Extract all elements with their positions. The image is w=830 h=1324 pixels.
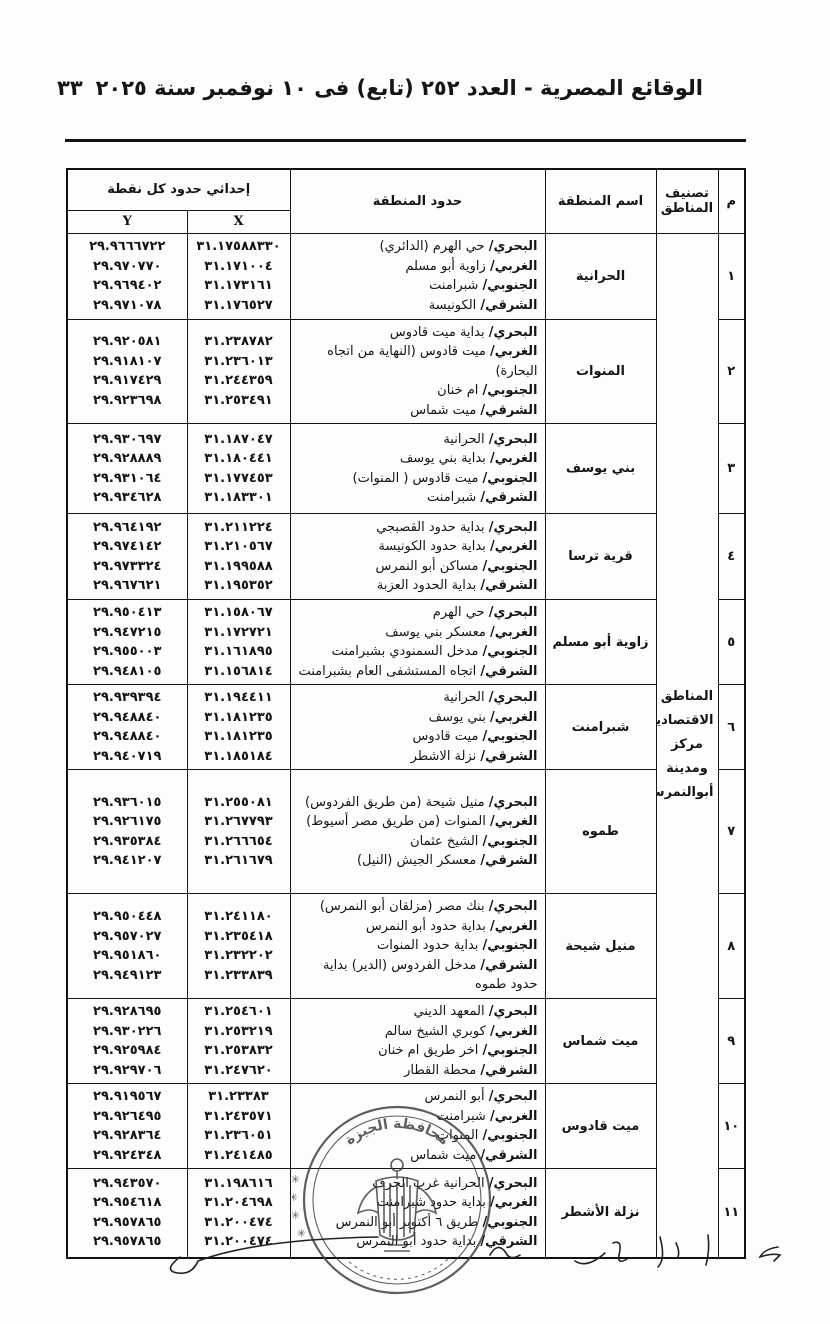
y-coordinate: ٢٩.٩٣٠٢٢٦: [68, 1022, 187, 1042]
boundary-line: البحري/ الحرانية: [298, 688, 538, 708]
y-values-cell: ٢٩.٩٣٠٦٩٧٢٩.٩٢٨٨٨٩٢٩.٩٣١٠٦٤٢٩.٩٣٤٦٢٨: [67, 424, 187, 514]
header-row-1: م تصنيف المناطق اسم المنطقة حدود المنطقة…: [67, 169, 745, 210]
x-coordinate: ٣١.١٧٣١٦١: [188, 276, 290, 296]
row-index-cell: ٥: [718, 600, 745, 685]
y-coordinate: ٢٩.٩٢٦١٧٥: [68, 812, 187, 832]
y-coordinate: ٢٩.٩٤٣٥٧٠: [68, 1174, 187, 1194]
area-name-cell: نزلة الأشطر: [545, 1169, 656, 1258]
boundary-line: الجنوبي/ ام خنان: [298, 381, 538, 401]
area-name-cell: الحرانية: [545, 233, 656, 319]
x-coordinate: ٣١.١٧٦٥٢٧: [188, 296, 290, 316]
y-coordinate: ٢٩.٩٤٨٨٤٠: [68, 708, 187, 728]
boundary-line: البحري/ بداية حدود القصبجي: [298, 518, 538, 538]
x-coordinate: ٣١.١٨١٢٣٥: [188, 708, 290, 728]
boundary-line: الغربي/ المنوات (من طريق مصر أسيوط): [298, 812, 538, 832]
boundary-line: الغربي/ بداية حدود أبو النمرس: [298, 917, 538, 937]
y-values-cell: ٢٩.٩٦٦٦٧٢٢٢٩.٩٧٠٧٧٠٢٩.٩٦٩٤٠٢٢٩.٩٧١٠٧٨: [67, 233, 187, 319]
boundaries-cell: البحري/ منيل شيحة (من طريق الفردوس)الغرب…: [290, 770, 545, 894]
x-values-cell: ٣١.١٧٥٨٨٣٣٠٣١.١٧١٠٠٤٣١.١٧٣١٦١٣١.١٧٦٥٢٧: [187, 233, 290, 319]
x-values-cell: ٣١.٢٥٥٠٨١٣١.٢٦٧٧٩٣٣١.٢٦٦٦٥٤٣١.٢٦١٦٧٩: [187, 770, 290, 894]
y-coordinate: ٢٩.٩٢٤٣٤٨: [68, 1146, 187, 1166]
y-coordinate: ٢٩.٩٤٧٢١٥: [68, 623, 187, 643]
x-coordinate: ٣١.١٨٥١٨٤: [188, 747, 290, 767]
y-coordinate: ٢٩.٩٥٧٨٦٥: [68, 1232, 187, 1252]
y-coordinate: ٢٩.٩٥٤٦١٨: [68, 1193, 187, 1213]
x-coordinate: ٣١.١٨٣٣٠١: [188, 488, 290, 508]
y-coordinate: ٢٩.٩٥٠٤٤٨: [68, 907, 187, 927]
y-coordinate: ٢٩.٩٣٩٣٩٤: [68, 688, 187, 708]
x-values-cell: ٣١.١٥٨٠٦٧٣١.١٧٢٧٢١٣١.١٦١٨٩٥٣١.١٥٦٨١٤: [187, 600, 290, 685]
x-coordinate: ٣١.١٦١٨٩٥: [188, 642, 290, 662]
y-values-cell: ٢٩.٩٣٦٠١٥٢٩.٩٢٦١٧٥٢٩.٩٣٥٣٨٤٢٩.٩٤١٢٠٧: [67, 770, 187, 894]
y-coordinate: ٢٩.٩٥٠٤١٣: [68, 603, 187, 623]
row-index-cell: ٩: [718, 999, 745, 1084]
boundaries-cell: البحري/ حي الهرمالغربي/ معسكر بني يوسفال…: [290, 600, 545, 685]
header-rule: [65, 139, 746, 142]
area-name-cell: منيل شيحة: [545, 894, 656, 999]
area-name-cell: ميت شماس: [545, 999, 656, 1084]
boundary-line: الغربي/ بني يوسف: [298, 708, 538, 728]
x-coordinate: ٣١.٢١٠٥٦٧: [188, 537, 290, 557]
row-index-cell: ١١: [718, 1169, 745, 1258]
col-header-boundaries: حدود المنطقة: [290, 169, 545, 233]
area-name-cell: طموه: [545, 770, 656, 894]
boundary-line: الجنوبي/ المنوات: [298, 1126, 538, 1146]
x-coordinate: ٣١.٢٦١٦٧٩: [188, 851, 290, 871]
y-coordinate: ٢٩.٩٣٠٦٩٧: [68, 430, 187, 450]
y-coordinate: ٢٩.٩١٩٥٦٧: [68, 1087, 187, 1107]
x-coordinate: ٣١.١٧١٠٠٤: [188, 257, 290, 277]
y-values-cell: ٢٩.٩٢٨٦٩٥٢٩.٩٣٠٢٢٦٢٩.٩٢٥٩٨٤٢٩.٩٢٩٧٠٦: [67, 999, 187, 1084]
x-coordinate: ٣١.٢٤١٤٨٥: [188, 1146, 290, 1166]
x-coordinate: ٣١.١٥٨٠٦٧: [188, 603, 290, 623]
boundaries-cell: البحري/ حي الهرم (الدائري)الغربي/ زاوية …: [290, 233, 545, 319]
y-coordinate: ٢٩.٩١٧٤٢٩: [68, 371, 187, 391]
table-header: م تصنيف المناطق اسم المنطقة حدود المنطقة…: [67, 169, 745, 233]
y-values-cell: ٢٩.٩٦٤١٩٢٢٩.٩٧٤١٤٢٢٩.٩٧٣٣٢٤٢٩.٩٦٧٦٢١: [67, 514, 187, 600]
y-values-cell: ٢٩.٩٤٣٥٧٠٢٩.٩٥٤٦١٨٢٩.٩٥٧٨٦٥٢٩.٩٥٧٨٦٥: [67, 1169, 187, 1258]
x-coordinate: ٣١.١٩٥٣٥٢: [188, 576, 290, 596]
boundary-line: البحري/ الحرانية غرب الجرف: [298, 1174, 538, 1194]
x-values-cell: ٣١.٢١١٢٢٤٣١.٢١٠٥٦٧٣١.١٩٩٥٨٨٣١.١٩٥٣٥٢: [187, 514, 290, 600]
y-coordinate: ٢٩.٩٧٤١٤٢: [68, 537, 187, 557]
x-coordinate: ٣١.٢٥٥٠٨١: [188, 793, 290, 813]
boundary-line: الجنوبي/ مساكن أبو النمرس: [298, 557, 538, 577]
boundary-line: الغربي/ شبرامنت: [298, 1107, 538, 1127]
table-row: ١١نزلة الأشطرالبحري/ الحرانية غرب الجرفا…: [67, 1169, 745, 1258]
boundary-line: الجنوبي/ شبرامنت: [298, 276, 538, 296]
x-values-cell: ٣١.٢٣٣٨٣٣١.٢٤٣٥٧١٣١.٢٣٦٠٥١٣١.٢٤١٤٨٥: [187, 1084, 290, 1169]
y-coordinate: ٢٩.٩٢٦٤٩٥: [68, 1107, 187, 1127]
x-coordinate: ٣١.٢٦٧٧٩٣: [188, 812, 290, 832]
y-coordinate: ٢٩.٩٥٧٠٢٧: [68, 927, 187, 947]
col-header-classification: تصنيف المناطق: [656, 169, 718, 233]
x-coordinate: ٣١.١٩٩٥٨٨: [188, 557, 290, 577]
row-index-cell: ٧: [718, 770, 745, 894]
y-coordinate: ٢٩.٩٧٣٣٢٤: [68, 557, 187, 577]
x-coordinate: ٣١.٢٥٣٤٩١: [188, 391, 290, 411]
boundary-line: البحري/ منيل شيحة (من طريق الفردوس): [298, 793, 538, 813]
boundary-line: الجنوبي/ ميت قادوس: [298, 727, 538, 747]
boundary-line: الغربي/ زاوية أبو مسلم: [298, 257, 538, 277]
x-values-cell: ٣١.٢٣٨٧٨٢٣١.٢٣٦٠١٣٣١.٢٤٤٣٥٩٣١.٢٥٣٤٩١: [187, 319, 290, 424]
boundary-line: الشرقي/ محطة القطار: [298, 1061, 538, 1081]
x-values-cell: ٣١.٢٤١١٨٠٣١.٢٣٥٤١٨٣١.٢٣٢٢٠٢٣١.٢٣٣٨٣٩: [187, 894, 290, 999]
boundaries-cell: البحري/ المعهد الدينيالغربي/ كوبري الشيخ…: [290, 999, 545, 1084]
boundary-line: الشرقي/ شبرامنت: [298, 488, 538, 508]
y-coordinate: ٢٩.٩٤٨٨٤٠: [68, 727, 187, 747]
y-coordinate: ٢٩.٩١٨١٠٧: [68, 352, 187, 372]
x-coordinate: ٣١.٢٠٠٤٧٤: [188, 1213, 290, 1233]
boundary-line: الشرقي/ نزلة الاشطر: [298, 747, 538, 767]
table-row: ٩ميت شماسالبحري/ المعهد الدينيالغربي/ كو…: [67, 999, 745, 1084]
boundary-line: الجنوبي/ اخر طريق ام خنان: [298, 1041, 538, 1061]
y-coordinate: ٢٩.٩٧١٠٧٨: [68, 296, 187, 316]
table-row: ٥زاوية أبو مسلمالبحري/ حي الهرمالغربي/ م…: [67, 600, 745, 685]
y-values-cell: ٢٩.٩٣٩٣٩٤٢٩.٩٤٨٨٤٠٢٩.٩٤٨٨٤٠٢٩.٩٤٠٧١٩: [67, 685, 187, 770]
table-row: ٤قرية ترساالبحري/ بداية حدود القصبجيالغر…: [67, 514, 745, 600]
area-name-cell: شبرامنت: [545, 685, 656, 770]
boundary-line: الشرقي/ الكونيسة: [298, 296, 538, 316]
boundary-line: البحري/ حي الهرم (الدائري): [298, 237, 538, 257]
page-number: ٣٣: [57, 76, 83, 100]
col-header-x: X: [187, 210, 290, 233]
row-index-cell: ٤: [718, 514, 745, 600]
y-coordinate: ٢٩.٩٦٩٤٠٢: [68, 276, 187, 296]
y-coordinate: ٢٩.٩٢٩٧٠٦: [68, 1061, 187, 1081]
table-body: ١المناطق الاقتصادية مركز ومدينة أبوالنمر…: [67, 233, 745, 1258]
x-coordinate: ٣١.١٧٧٤٥٣: [188, 469, 290, 489]
x-coordinate: ٣١.١٩٤٤١١: [188, 688, 290, 708]
y-values-cell: ٢٩.٩٥٠٤٤٨٢٩.٩٥٧٠٢٧٢٩.٩٥١٨٦٠٢٩.٩٤٩١٢٣: [67, 894, 187, 999]
x-values-cell: ٣١.٢٥٤٦٠١٣١.٢٥٣٢١٩٣١.٢٥٣٨٣٢٣١.٢٤٧٦٢٠: [187, 999, 290, 1084]
x-coordinate: ٣١.٢٠٤٦٩٨: [188, 1193, 290, 1213]
y-coordinate: ٢٩.٩٥١٨٦٠: [68, 946, 187, 966]
y-coordinate: ٢٩.٩٢٥٩٨٤: [68, 1041, 187, 1061]
boundaries-cell: البحري/ بداية حدود القصبجيالغربي/ بداية …: [290, 514, 545, 600]
col-header-index: م: [718, 169, 745, 233]
table-row: ١المناطق الاقتصادية مركز ومدينة أبوالنمر…: [67, 233, 745, 319]
boundary-line: الشرقي/ معسكر الجيش (النيل): [298, 851, 538, 871]
gazette-page: { "page": { "header_title": "الوقائع الم…: [0, 0, 830, 1324]
y-coordinate: ٢٩.٩٤٠٧١٩: [68, 747, 187, 767]
row-index-cell: ٢: [718, 319, 745, 424]
y-coordinate: ٢٩.٩٣١٠٦٤: [68, 469, 187, 489]
y-coordinate: ٢٩.٩٤٩١٢٣: [68, 966, 187, 986]
x-coordinate: ٣١.٢٣٥٤١٨: [188, 927, 290, 947]
y-coordinate: ٢٩.٩٢٨٣٦٤: [68, 1126, 187, 1146]
x-coordinate: ٣١.٢٥٤٦٠١: [188, 1002, 290, 1022]
x-coordinate: ٣١.٢٤٣٥٧١: [188, 1107, 290, 1127]
x-coordinate: ٣١.١٨١٢٣٥: [188, 727, 290, 747]
boundary-line: البحري/ حي الهرم: [298, 603, 538, 623]
x-coordinate: ٣١.١٧٢٧٢١: [188, 623, 290, 643]
col-header-area-name: اسم المنطقة: [545, 169, 656, 233]
classification-cell: المناطق الاقتصادية مركز ومدينة أبوالنمرس: [656, 233, 718, 1258]
boundaries-cell: البحري/ الحرانية غرب الجرفالغربي/ بداية …: [290, 1169, 545, 1258]
x-coordinate: ٣١.١٨٠٤٤١: [188, 449, 290, 469]
area-name-cell: بني يوسف: [545, 424, 656, 514]
boundary-line: الغربي/ بداية بني يوسف: [298, 449, 538, 469]
row-index-cell: ١: [718, 233, 745, 319]
x-coordinate: ٣١.١٥٦٨١٤: [188, 662, 290, 682]
x-coordinate: ٣١.١٧٥٨٨٣٣٠: [188, 237, 290, 257]
table-row: ٢المنواتالبحري/ بداية ميت قادوسالغربي/ م…: [67, 319, 745, 424]
x-coordinate: ٣١.٢٣٢٢٠٢: [188, 946, 290, 966]
area-name-cell: ميت قادوس: [545, 1084, 656, 1169]
boundary-line: الشرقي/ اتجاه المستشفى العام بشبرامنت: [298, 662, 538, 682]
y-values-cell: ٢٩.٩٢٠٥٨١٢٩.٩١٨١٠٧٢٩.٩١٧٤٢٩٢٩.٩٢٣٦٩٨: [67, 319, 187, 424]
areas-table: م تصنيف المناطق اسم المنطقة حدود المنطقة…: [66, 168, 746, 1259]
x-coordinate: ٣١.٢٤١١٨٠: [188, 907, 290, 927]
boundaries-cell: البحري/ بداية ميت قادوسالغربي/ ميت قادوس…: [290, 319, 545, 424]
row-index-cell: ١٠: [718, 1084, 745, 1169]
boundary-line: الشرقي/ بداية الحدود العزبة: [298, 576, 538, 596]
boundary-line: الغربي/ كوبري الشيخ سالم: [298, 1022, 538, 1042]
x-coordinate: ٣١.٢٣٣٨٣: [188, 1087, 290, 1107]
row-index-cell: ٣: [718, 424, 745, 514]
x-coordinate: ٣١.٢١١٢٢٤: [188, 518, 290, 538]
x-coordinate: ٣١.٢٦٦٦٥٤: [188, 832, 290, 852]
y-coordinate: ٢٩.٩٤١٢٠٧: [68, 851, 187, 871]
x-values-cell: ٣١.١٩٨٦١٦٣١.٢٠٤٦٩٨٣١.٢٠٠٤٧٤٣١.٢٠٠٤٧٤: [187, 1169, 290, 1258]
table-row: ٧طموهالبحري/ منيل شيحة (من طريق الفردوس)…: [67, 770, 745, 894]
y-coordinate: ٢٩.٩٥٧٨٦٥: [68, 1213, 187, 1233]
x-coordinate: ٣١.١٨٧٠٤٧: [188, 430, 290, 450]
y-values-cell: ٢٩.٩١٩٥٦٧٢٩.٩٢٦٤٩٥٢٩.٩٢٨٣٦٤٢٩.٩٢٤٣٤٨: [67, 1084, 187, 1169]
table-row: ٨منيل شيحةالبحري/ بنك مصر (مزلقان أبو ال…: [67, 894, 745, 999]
x-values-cell: ٣١.١٨٧٠٤٧٣١.١٨٠٤٤١٣١.١٧٧٤٥٣٣١.١٨٣٣٠١: [187, 424, 290, 514]
boundary-line: الشرقي/ ميت شماس: [298, 1146, 538, 1166]
col-header-coords-group: إحداثي حدود كل نقطة: [67, 169, 290, 210]
page-header: الوقائع المصرية - العدد ٢٥٢ (تابع) فى ١٠…: [57, 76, 703, 100]
area-name-cell: المنوات: [545, 319, 656, 424]
table-row: ١٠ميت قادوسالبحري/ أبو النمرسالغربي/ شبر…: [67, 1084, 745, 1169]
boundary-line: الغربي/ ميت قادوس (النهاية من اتجاه البح…: [298, 342, 538, 381]
row-index-cell: ٨: [718, 894, 745, 999]
y-coordinate: ٢٩.٩٦٦٦٧٢٢: [68, 237, 187, 257]
y-coordinate: ٢٩.٩٦٤١٩٢: [68, 518, 187, 538]
y-coordinate: ٢٩.٩٣٦٠١٥: [68, 793, 187, 813]
boundary-line: البحري/ الحرانية: [298, 430, 538, 450]
y-coordinate: ٢٩.٩٤٨١٠٥: [68, 662, 187, 682]
table-row: ٦شبرامنتالبحري/ الحرانيةالغربي/ بني يوسف…: [67, 685, 745, 770]
y-coordinate: ٢٩.٩٥٥٠٠٣: [68, 642, 187, 662]
y-coordinate: ٢٩.٩٢٣٦٩٨: [68, 391, 187, 411]
x-coordinate: ٣١.٢٣٦٠١٣: [188, 352, 290, 372]
boundary-line: البحري/ بداية ميت قادوس: [298, 323, 538, 343]
boundary-line: الغربي/ بداية حدود الكونيسة: [298, 537, 538, 557]
x-values-cell: ٣١.١٩٤٤١١٣١.١٨١٢٣٥٣١.١٨١٢٣٥٣١.١٨٥١٨٤: [187, 685, 290, 770]
table-row: ٣بني يوسفالبحري/ الحرانيةالغربي/ بداية ب…: [67, 424, 745, 514]
x-coordinate: ٣١.٢٤٤٣٥٩: [188, 371, 290, 391]
boundary-line: الجنوبي/ طريق ٦ أكتوبر أبو النمرس: [298, 1213, 538, 1233]
boundaries-cell: البحري/ الحرانيةالغربي/ بني يوسفالجنوبي/…: [290, 685, 545, 770]
x-coordinate: ٣١.٢٣٦٠٥١: [188, 1126, 290, 1146]
boundary-line: الجنوبي/ ميت قادوس ( المنوات): [298, 469, 538, 489]
areas-table-wrap: م تصنيف المناطق اسم المنطقة حدود المنطقة…: [68, 168, 746, 1259]
x-coordinate: ٣١.٢٤٧٦٢٠: [188, 1061, 290, 1081]
row-index-cell: ٦: [718, 685, 745, 770]
x-coordinate: ٣١.٢٠٠٤٧٤: [188, 1232, 290, 1252]
x-coordinate: ٣١.٢٥٣٨٣٢: [188, 1041, 290, 1061]
x-coordinate: ٣١.٢٣٨٧٨٢: [188, 332, 290, 352]
gazette-title: الوقائع المصرية - العدد ٢٥٢ (تابع) فى ١٠…: [96, 76, 703, 100]
boundaries-cell: البحري/ الحرانيةالغربي/ بداية بني يوسفال…: [290, 424, 545, 514]
y-coordinate: ٢٩.٩٧٠٧٧٠: [68, 257, 187, 277]
boundary-line: الغربي/ بداية حدود شبرامنت: [298, 1193, 538, 1213]
boundaries-cell: البحري/ أبو النمرسالغربي/ شبرامنتالجنوبي…: [290, 1084, 545, 1169]
y-values-cell: ٢٩.٩٥٠٤١٣٢٩.٩٤٧٢١٥٢٩.٩٥٥٠٠٣٢٩.٩٤٨١٠٥: [67, 600, 187, 685]
boundary-line: البحري/ بنك مصر (مزلقان أبو النمرس): [298, 897, 538, 917]
boundary-line: الجنوبي/ الشيخ عثمان: [298, 832, 538, 852]
y-coordinate: ٢٩.٩٣٥٣٨٤: [68, 832, 187, 852]
boundary-line: الشرقي/ مدخل الفردوس (الدير) بداية حدود …: [298, 956, 538, 995]
boundary-line: الجنوبي/ بداية حدود المنوات: [298, 936, 538, 956]
col-header-y: Y: [67, 210, 187, 233]
y-coordinate: ٢٩.٩٣٤٦٢٨: [68, 488, 187, 508]
y-coordinate: ٢٩.٩٢٨٨٨٩: [68, 449, 187, 469]
x-coordinate: ٣١.١٩٨٦١٦: [188, 1174, 290, 1194]
boundary-line: الغربي/ معسكر بني يوسف: [298, 623, 538, 643]
x-coordinate: ٣١.٢٥٣٢١٩: [188, 1022, 290, 1042]
y-coordinate: ٢٩.٩٦٧٦٢١: [68, 576, 187, 596]
y-coordinate: ٢٩.٩٢٨٦٩٥: [68, 1002, 187, 1022]
x-coordinate: ٣١.٢٣٣٨٣٩: [188, 966, 290, 986]
boundary-line: البحري/ أبو النمرس: [298, 1087, 538, 1107]
area-name-cell: زاوية أبو مسلم: [545, 600, 656, 685]
boundaries-cell: البحري/ بنك مصر (مزلقان أبو النمرس)الغرب…: [290, 894, 545, 999]
boundary-line: الشرقي/ ميت شماس: [298, 401, 538, 421]
boundary-line: الشرقي/ بداية حدود أبو النمرس: [298, 1232, 538, 1252]
y-coordinate: ٢٩.٩٢٠٥٨١: [68, 332, 187, 352]
boundary-line: البحري/ المعهد الديني: [298, 1002, 538, 1022]
boundary-line: الجنوبي/ مدخل السمنودي بشبرامنت: [298, 642, 538, 662]
area-name-cell: قرية ترسا: [545, 514, 656, 600]
